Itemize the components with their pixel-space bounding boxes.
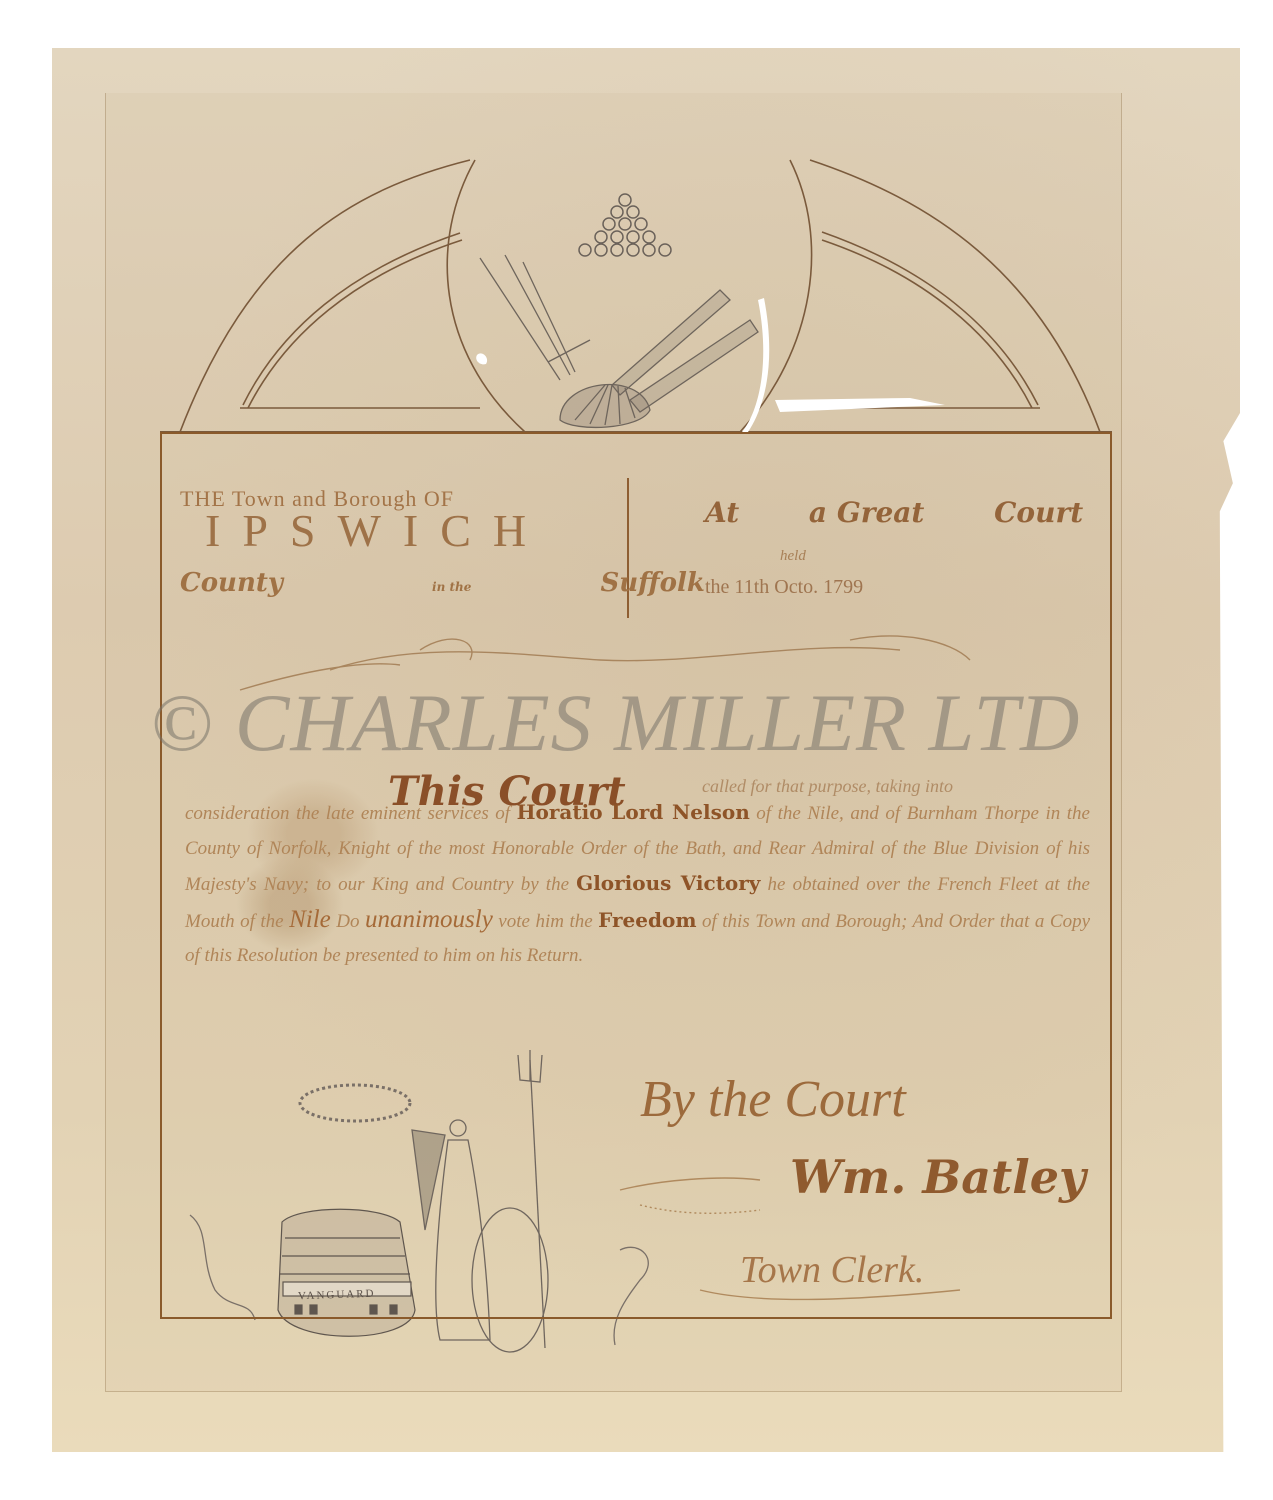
body-emphasis: unanimously <box>365 906 493 933</box>
signature: Wm. Batley <box>790 1150 1086 1204</box>
body-text-segment: Do <box>331 911 365 932</box>
resolution-body: consideration the late eminent services … <box>185 795 1090 974</box>
title-part-great: a Great <box>809 496 924 529</box>
county-word: County <box>180 568 283 598</box>
body-emphasis: Glorious Victory <box>576 871 760 895</box>
body-text-segment: vote him the <box>493 911 598 932</box>
called-clause: called for that purpose, taking into <box>702 776 953 797</box>
title-part-at: At <box>705 496 739 529</box>
great-court-title: At a Great Court <box>705 496 1143 529</box>
body-text-segment: consideration the late eminent services … <box>185 803 517 824</box>
body-emphasis: Horatio Lord Nelson <box>517 800 750 824</box>
title-part-court: Court <box>994 496 1083 529</box>
court-date: the 11th Octo. 1799 <box>705 576 863 599</box>
town-name: IPSWICH <box>205 504 548 557</box>
copyright-watermark: © CHARLES MILLER LTD <box>150 676 1130 770</box>
in-the-word: in the <box>432 580 471 594</box>
body-emphasis: Nile <box>289 906 331 933</box>
signature-title: Town Clerk. <box>740 1248 924 1292</box>
held-label: held <box>780 548 806 565</box>
suffolk-word: Suffolk <box>600 568 704 598</box>
body-emphasis: Freedom <box>598 908 696 932</box>
closing-line: By the Court <box>640 1070 906 1129</box>
